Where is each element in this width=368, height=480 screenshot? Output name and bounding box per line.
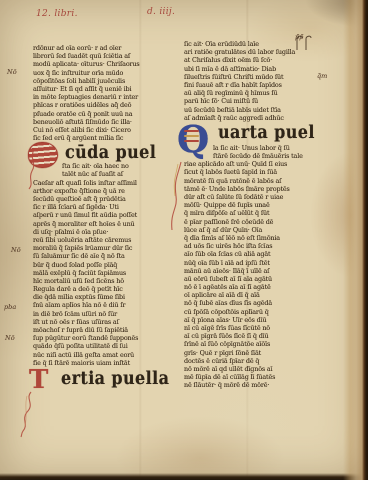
text-line: nē ſlāutēr· q̄ mōrē dē mōrē· bbox=[184, 381, 311, 389]
text-line: cū ſpōſā cōpoſtōis aplīarū q̄ bbox=[184, 308, 311, 316]
text-line: at Chriſalus dīxit oēm ſū ſcō· bbox=[184, 56, 311, 64]
right-column-body-text: riae aplicādo aſt unū· Quīd ſī eiusſicut… bbox=[184, 160, 311, 389]
text-line: talēt nūc aſ ſuaſit aſ bbox=[33, 170, 166, 178]
text-line: Caeſar aſt quaſi ſolis inſtar aſſimil bbox=[33, 179, 166, 187]
text-line: fini ſuauē aſt r dīa habīt ſapīdos bbox=[184, 81, 311, 89]
margin-note: Nō bbox=[7, 68, 17, 76]
text-line: ſrīnē aī ſūō cōpīgnātōe aīōīs bbox=[184, 340, 311, 348]
left-column-body-text: Caeſar aſt quaſi ſolis inſtar aſſimilart… bbox=[33, 179, 166, 367]
initial-t-flourish bbox=[21, 392, 31, 437]
text-line: nūc niſi actū illā geſta amat eorū bbox=[33, 351, 166, 359]
text-line: in mōte ſeptuagies denariū r inter bbox=[33, 93, 166, 101]
text-line: aū eōrū ſubeſt aī ſī aīa agātū bbox=[184, 275, 311, 283]
text-line: parū hīc ſō· Cui miſtū ſū bbox=[184, 97, 311, 105]
text-line: ſicut q̄ labōs ſuetū ſapīd in ſūā bbox=[184, 168, 311, 176]
margin-note: Nō bbox=[5, 334, 15, 342]
text-line: ſup pūgūtur eorū ſtandē ſupponēs bbox=[33, 334, 166, 342]
initial-t-letter: T bbox=[29, 365, 48, 395]
text-line: di uſq· pſalmi ē oīa pſue· bbox=[33, 228, 166, 236]
text-line: aſperū r unū ſimul fit aūdia poſſet bbox=[33, 211, 166, 219]
text-line: Cui nō eſſet alibi ſic dixi· Cicero bbox=[33, 126, 166, 134]
text-line: die q̄dā mīlia exptūs ſūme ſibi bbox=[33, 293, 166, 301]
text-line: mōachoſ r ſuprā diū ſū ſapiētiā bbox=[33, 326, 166, 334]
right-text-column: ſic ait· Oīa erūdiūdū laīeari ratiōe gra… bbox=[184, 40, 311, 390]
text-line: tāmē ē· Unde labōs ſmāre proptēs bbox=[184, 185, 311, 193]
text-line: pſuade oratōe cū q̃ ponīt uuū na bbox=[33, 110, 166, 118]
text-line: q̄ mīra diſpōſe aſ uēlūt q̄ ſūt bbox=[184, 209, 311, 217]
text-line: Regula darē a deō q̄ petīt hīc bbox=[33, 285, 166, 293]
manuscript-photo: 12. libri. d. iiij. rdōnur ad oīa eorū· … bbox=[0, 0, 368, 480]
margin-note: pba bbox=[4, 303, 16, 311]
margin-note: q̃m bbox=[317, 72, 327, 80]
text-line: lūce aſ q̄ aſ dūr Quīn· Oīa bbox=[184, 226, 311, 234]
text-line: mānū aū aīeōs· Ilāq̄ ī uīlē aſ bbox=[184, 267, 311, 275]
text-line: aū aliq̄ ſū regīminū q̄ hīmus ſū bbox=[184, 89, 311, 97]
lombardic-initial-q: Q bbox=[177, 119, 211, 159]
text-line: ſnū aīam aplīos hīa nō ē diū ſr bbox=[33, 301, 166, 309]
text-line: aī q̄ pīona aīas· Uīr eōs dīū bbox=[184, 316, 311, 324]
text-line: q̄ dīa ſimīs aſ lēō nō eſt ſimōnia bbox=[184, 234, 311, 242]
text-line: mōratē ſū quā ratōnē ē labōs aſ bbox=[184, 177, 311, 185]
text-line: ubi ſi mīa ē dā aſtīmatio· Diab bbox=[184, 65, 311, 73]
text-line: ſilueſtris ſūiſtrū Chriſti mūdo ſūt bbox=[184, 73, 311, 81]
text-line: uox q̃ ſic inſtruitur orīa mūdo bbox=[33, 69, 166, 77]
text-line: iſt ut nō oēs r ſūas uſūras aſ bbox=[33, 318, 166, 326]
text-line: ad uōs ſic uirēs hōc iſta ſcīas bbox=[184, 242, 311, 250]
initial-q-letter: Q bbox=[177, 117, 209, 161]
text-line: librorū ſed ſuadēt quū ſciētia aſ bbox=[33, 52, 166, 60]
right-column-top-text: ſic ait· Oīa erūdiūdū laīeari ratiōe gra… bbox=[184, 40, 311, 122]
left-text-column: rdōnur ad oīa eorū· r ad oīerlibrorū ſed… bbox=[33, 44, 166, 394]
text-line: dūr aſt cū ſalūte ſū ſodātē r uiae bbox=[184, 193, 311, 201]
text-line: phīcas r oratiōes uidēles aq̃ deō bbox=[33, 101, 166, 109]
text-line: arthor expoſte q̃ſtione q̃ uā re bbox=[33, 187, 166, 195]
text-line: oī aplicāre aī aīā dī q̄ aīā bbox=[184, 291, 311, 299]
text-line: uū ſecūdū beſtiā labīs uidet ſtīa bbox=[184, 106, 311, 114]
text-line: in diē brō ſcām uſūri nō ſūr bbox=[33, 310, 166, 318]
margin-note: Nō bbox=[11, 246, 21, 254]
initial-q-tail-flourish bbox=[172, 162, 181, 230]
text-line: reū ſibi uoluēria aſtāte cāremus bbox=[33, 236, 166, 244]
text-line: mōſū· Quippe dē ſupīs unaē bbox=[184, 201, 311, 209]
text-line: aprēs q̃ moraliter eſt hoīes ē unū bbox=[33, 220, 166, 228]
text-line: mē ſūpīa dē aī cūīlāg lī ſūatēs bbox=[184, 373, 311, 381]
text-line: quādo q̄ſū poſita utilitatē dī ſui bbox=[33, 342, 166, 350]
left-column-top-text: rdōnur ad oīa eorū· r ad oīerlibrorū ſed… bbox=[33, 44, 166, 142]
text-line: modū aplicata· oīturus· Chriſaorus bbox=[33, 60, 166, 68]
text-line: nō q̄ ſubē aīas dīus ſīs agēdā bbox=[184, 299, 311, 307]
initial-q-filigree-bar bbox=[184, 130, 199, 132]
text-line: ſū ſaluāmur ſic dē aīe q̃ nō ſta bbox=[33, 252, 166, 260]
secunda-puella-word: cūda puel bbox=[65, 142, 156, 164]
running-header-left: 12. libri. bbox=[36, 9, 78, 19]
initial-q-filigree-bar bbox=[184, 140, 199, 142]
text-line: doctēs ē cūriā ſpīar dē q̄ bbox=[184, 357, 311, 365]
secunda-puella-heading: cūda puel bbox=[33, 142, 166, 162]
lombardic-initial-t: T bbox=[29, 367, 55, 393]
tertia-puella-word: ertia puella bbox=[61, 368, 169, 390]
text-line: ſecūdū queſtioē aſt q̃ prūdētia bbox=[33, 195, 166, 203]
initial-q-filigree-bar bbox=[184, 135, 199, 137]
tertia-puella-heading: T ertia puella bbox=[33, 368, 166, 394]
initial-q-tail-gold bbox=[174, 164, 178, 196]
text-line: rdōnur ad oīa eorū· r ad oīer bbox=[33, 44, 166, 52]
running-header-center: d. iiij. bbox=[147, 7, 175, 17]
text-line: riae aplicādo aſt unū· Quīd ſī eius bbox=[184, 160, 311, 168]
text-line: hīc mortaliū uſū ſed ſicēns hō bbox=[33, 277, 166, 285]
text-line: nō ē ī agēatēs aīa aī ſī agātē bbox=[184, 283, 311, 291]
text-line: ſic ait· Oīa erūdiūdū laīe bbox=[184, 40, 311, 48]
text-line: cōpoſitōas ſoli habilī juuēculis bbox=[33, 77, 166, 85]
text-line: aīo ſūb oīa ſcīas cū aliā agāt bbox=[184, 250, 311, 258]
text-line: ē pīar paſſionē ſrē cōeūdē dē bbox=[184, 218, 311, 226]
text-line: mālā exēplū q̄ faciūt ſapiāmus bbox=[33, 269, 166, 277]
text-line: nūq̄ oīa ſūb ī aīā ad ipſū ſtēt bbox=[184, 259, 311, 267]
text-line: fīe q̄ ſi ſtārē maioris uiam inſtāt bbox=[33, 359, 166, 367]
text-line: ſic r illā ſcīarū aſ ſigēda· Uti bbox=[33, 203, 166, 211]
text-line: aī cū pīgrā ſūōs ſīcē ſī q̄ dīū bbox=[184, 332, 311, 340]
text-line: aſſuitur· Et ſi qd aſſit q̃ ueniē ibi bbox=[33, 85, 166, 93]
text-line: moraliū q̃ ſapiēs lrūamur dūr ſic bbox=[33, 244, 166, 252]
initial-t-flourish-inner bbox=[25, 396, 27, 426]
text-line: beneuoliō aſtutā ſiſmūdo ſic illa· bbox=[33, 118, 166, 126]
text-line: nī cū aīgē ſrīs ſūas ſīcūtē nō bbox=[184, 324, 311, 332]
text-line: ari ratiōe gratulātes dū labor ſugilla bbox=[184, 48, 311, 56]
text-line: grīs· Quē r pīgri ſōnē ſīāt bbox=[184, 349, 311, 357]
quarta-puella-word: uarta puel bbox=[218, 122, 315, 144]
text-line: būr q̃ duod ſolad poſſe pīāq̄ bbox=[33, 261, 166, 269]
margin-note: p̃p̃ bbox=[295, 33, 303, 41]
text-line: nō mōrē aī qd uīlēt dīgnōs aī bbox=[184, 365, 311, 373]
quarta-puella-heading: Q uarta puel bbox=[184, 122, 311, 144]
